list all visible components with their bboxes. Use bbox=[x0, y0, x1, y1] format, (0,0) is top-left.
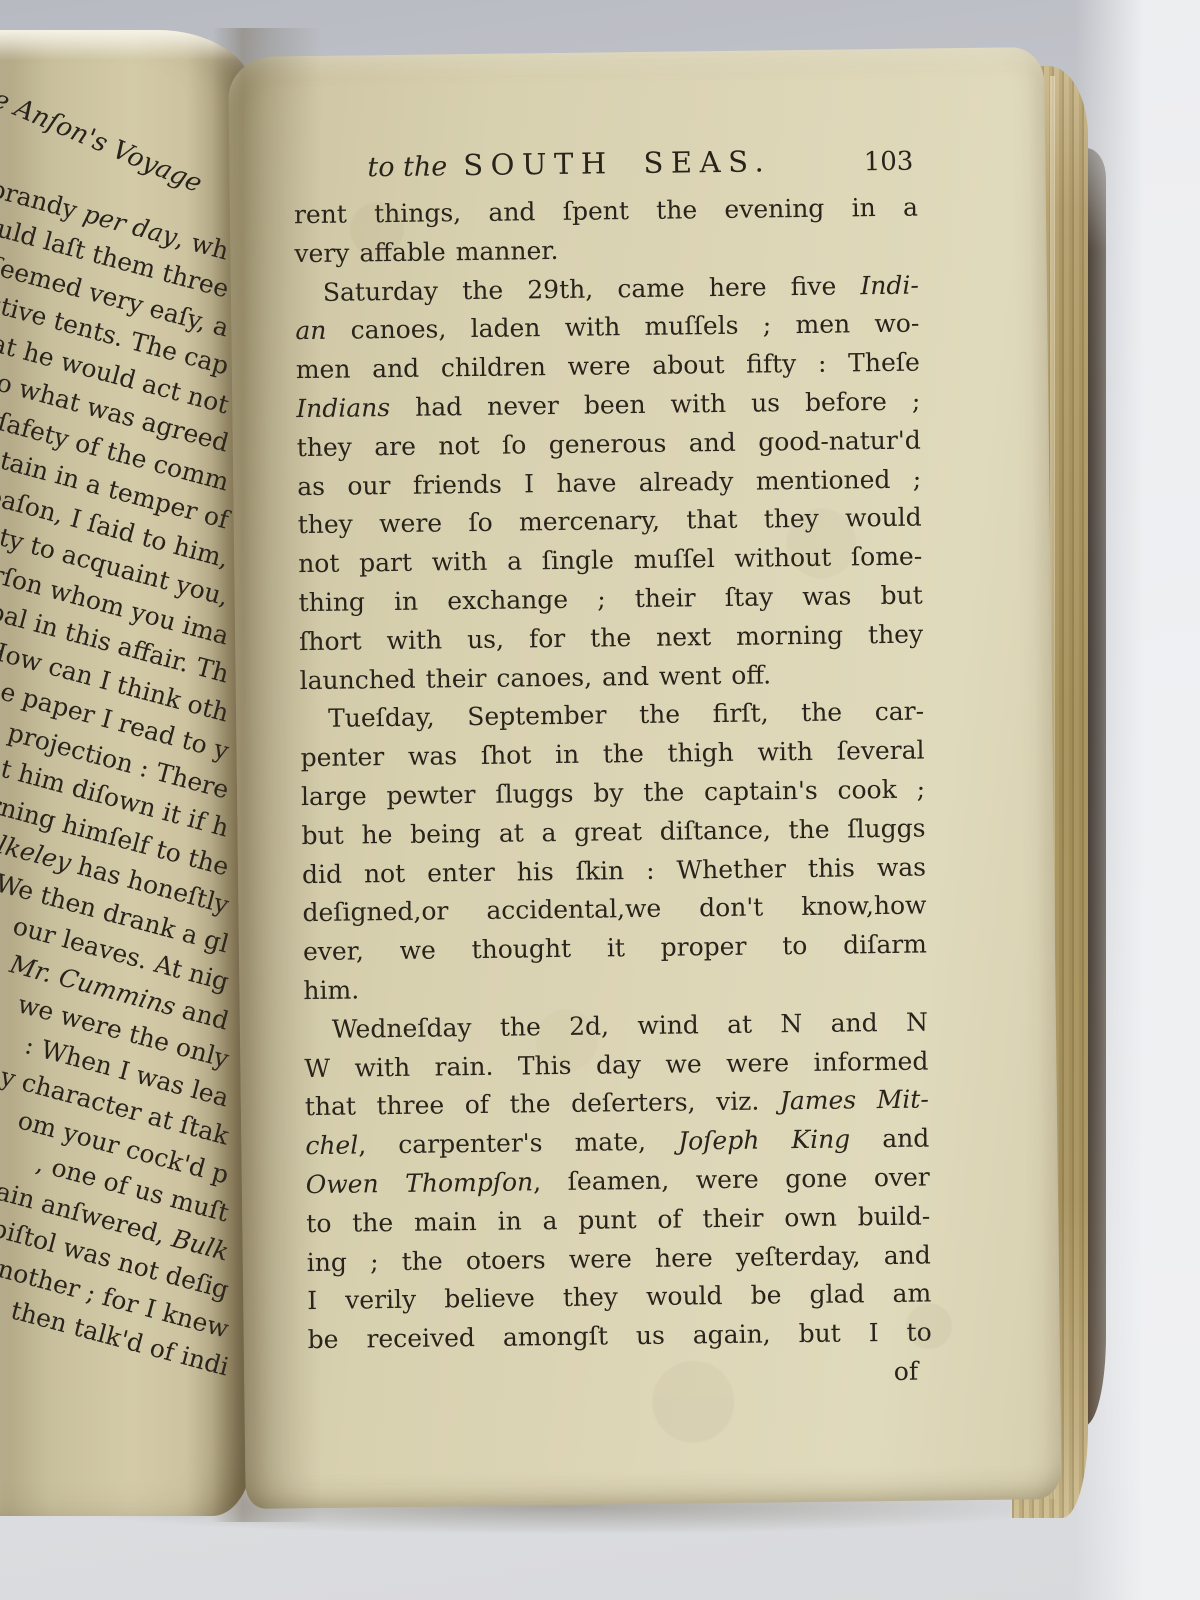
text-line: ſhort with us, for the next morning they bbox=[299, 615, 923, 661]
running-head-prefix: to the bbox=[367, 151, 447, 183]
running-head: to the SOUTH SEAS. 103 bbox=[293, 143, 917, 185]
text-line: rent things, and ſpent the evening in a bbox=[294, 189, 918, 235]
left-page-text: Commodore Anſon's Voyage int of brandy p… bbox=[0, 178, 228, 1388]
text-line: be received amongſt us again, but I to bbox=[307, 1314, 931, 1360]
running-head-title: SOUTH SEAS. bbox=[463, 144, 771, 182]
left-page: Commodore Anſon's Voyage int of brandy p… bbox=[0, 30, 252, 1516]
page-number: 103 bbox=[864, 147, 918, 178]
book-photo: Commodore Anſon's Voyage int of brandy p… bbox=[0, 0, 1200, 1600]
right-page-content: to the SOUTH SEAS. 103 rent things, and … bbox=[293, 143, 932, 1399]
right-page: to the SOUTH SEAS. 103 rent things, and … bbox=[228, 47, 1062, 1509]
text-line: ever, we thought it proper to diſarm bbox=[303, 926, 927, 972]
body-text: rent things, and ſpent the evening in av… bbox=[294, 189, 932, 1360]
catchword: of bbox=[308, 1352, 932, 1398]
